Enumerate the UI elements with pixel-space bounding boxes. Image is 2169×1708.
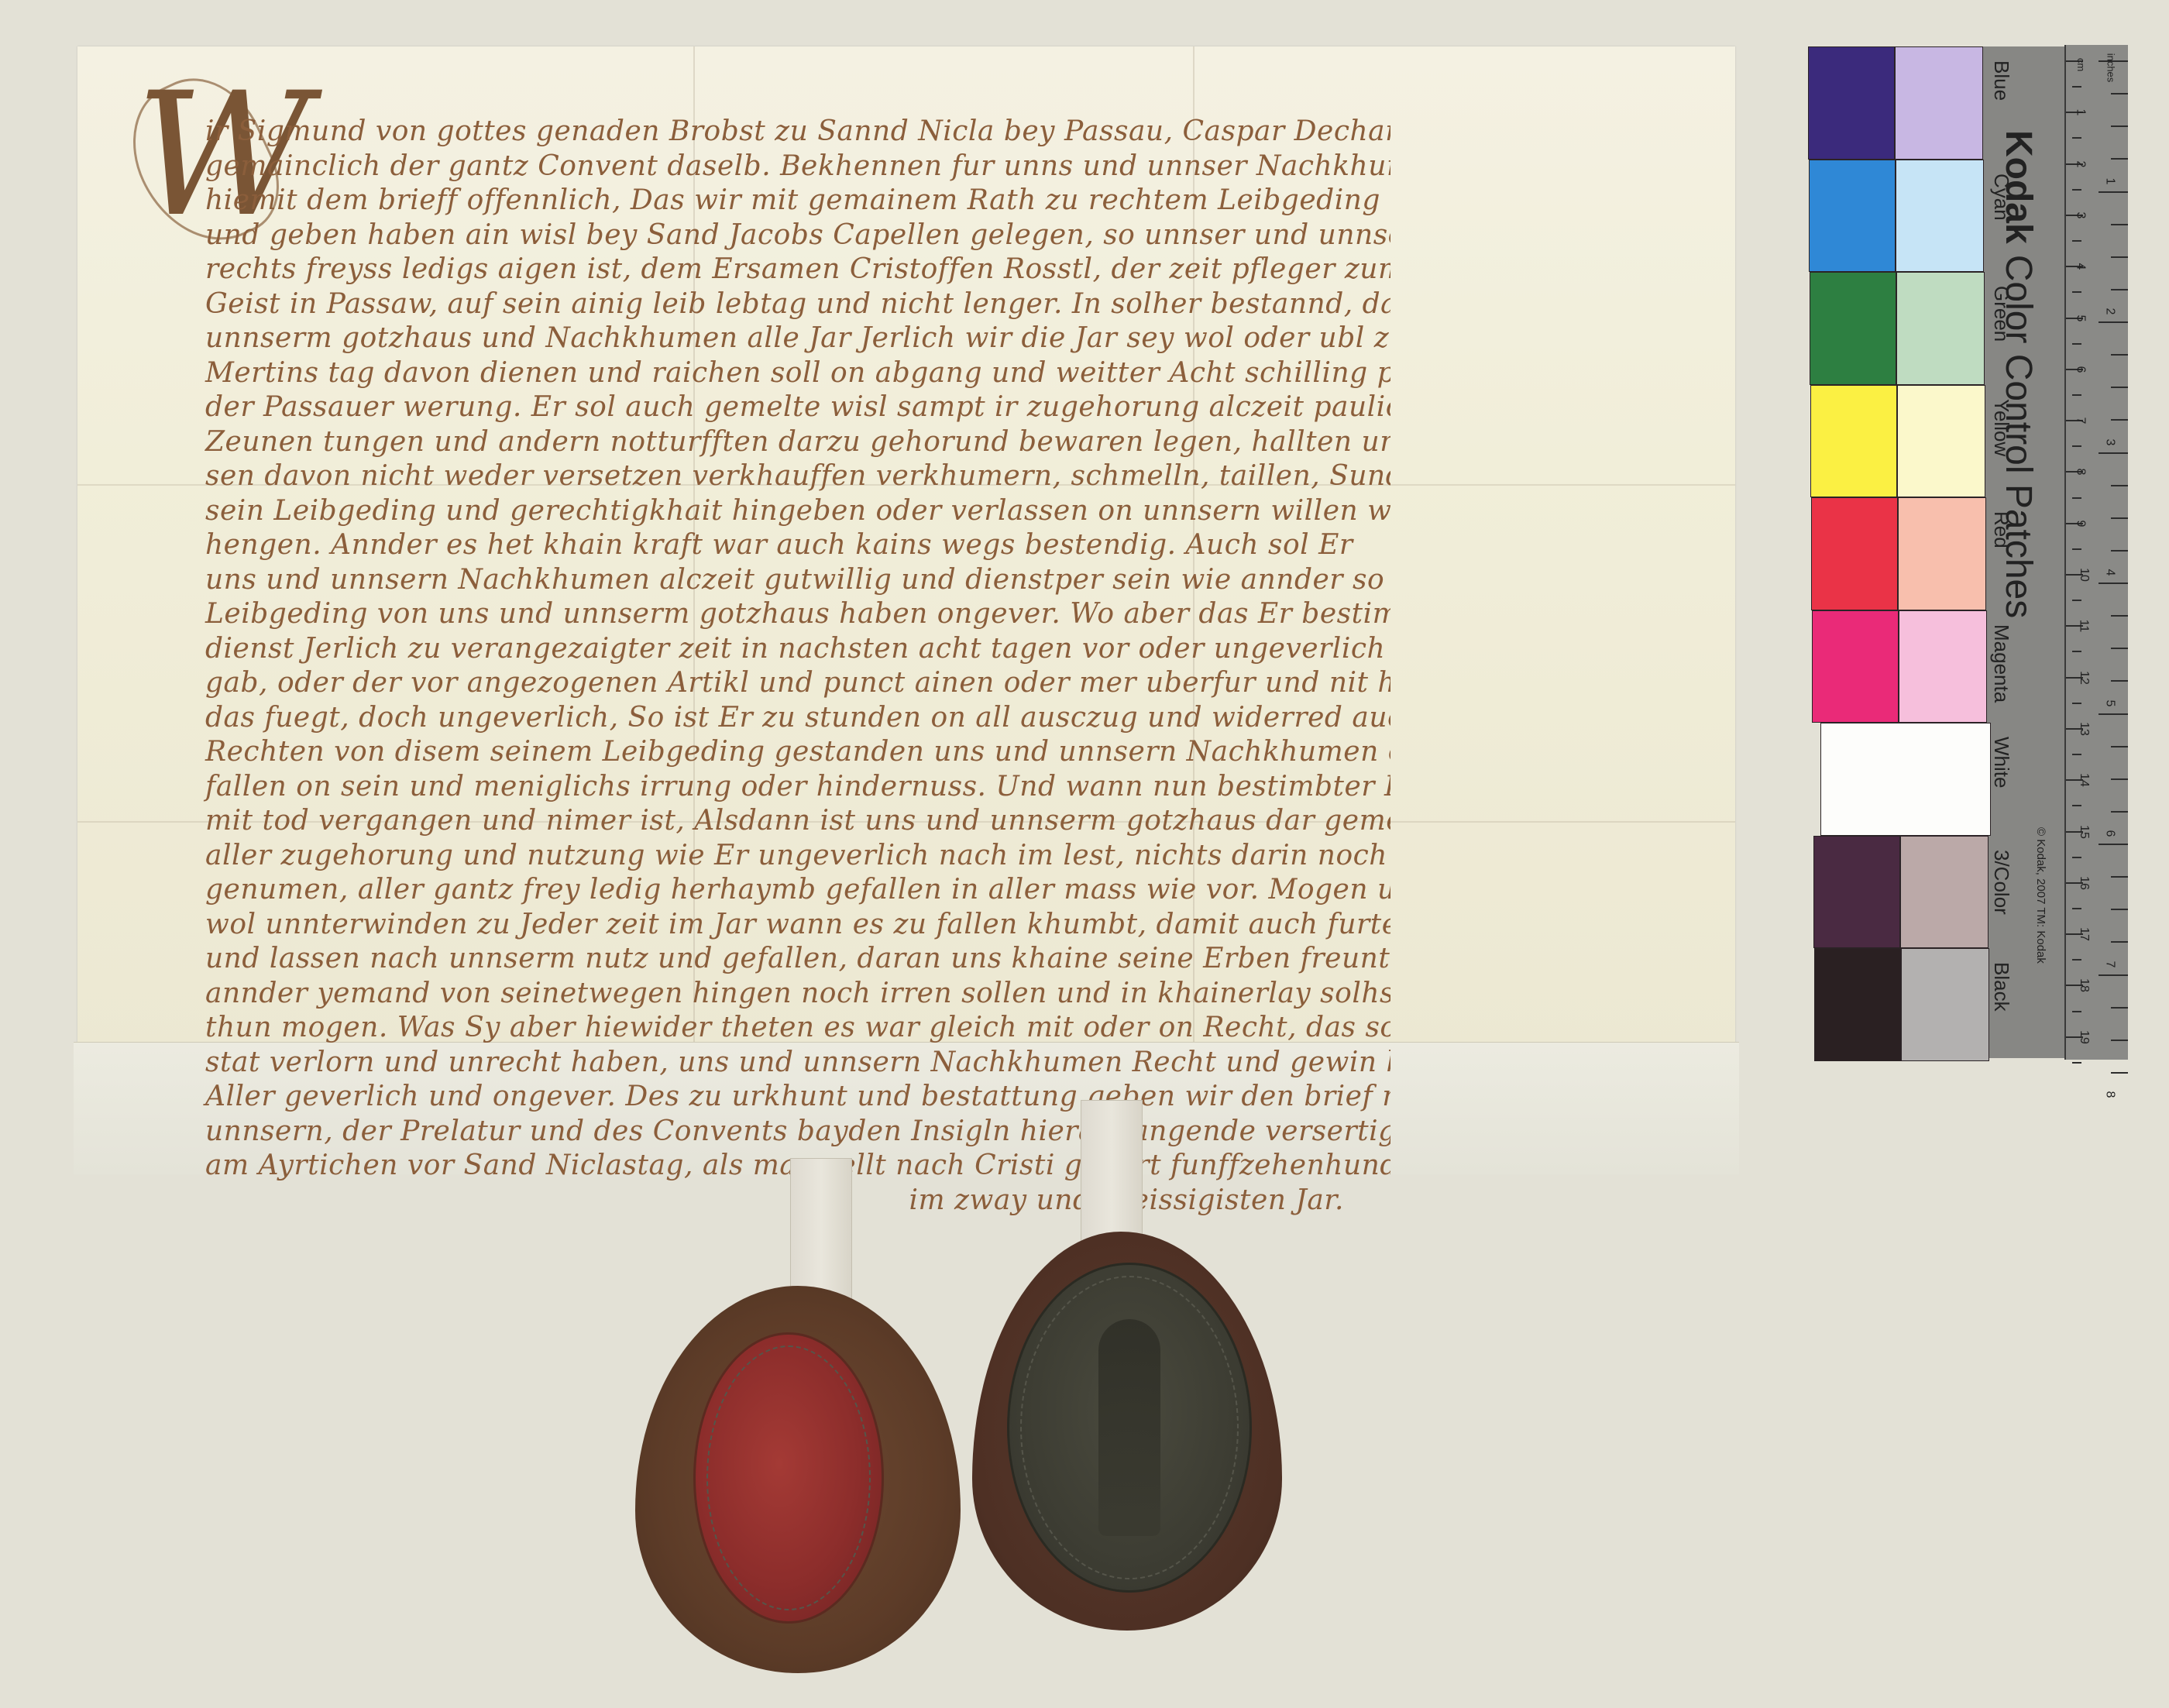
charter-line: hiemit dem brieff offennlich, Das wir mi…	[205, 184, 1390, 218]
ruler-tick	[2072, 240, 2081, 242]
charter-line: hengen. Annder es het khain kraft war au…	[174, 528, 1390, 563]
patch-label: Cyan	[1989, 174, 2013, 221]
charter-line: Mertins tag davon dienen und raichen sol…	[174, 356, 1390, 391]
ruler-tick	[2072, 1062, 2081, 1064]
charter-line: am Ayrtichen vor Sand Niclastag, als man…	[174, 1149, 1390, 1184]
ruler-tick	[2072, 548, 2081, 550]
charter-line: gemainclich der gantz Convent daselb. Be…	[205, 149, 1390, 184]
ruler-tick	[2111, 876, 2128, 878]
ruler-tick	[2111, 93, 2128, 95]
left-seal	[635, 1286, 961, 1673]
ruler-tick	[2072, 703, 2081, 704]
charter-line: gab, oder der vor angezogenen Artikl und…	[174, 666, 1390, 701]
charter-line: stat verlorn und unrecht haben, uns und …	[174, 1046, 1390, 1081]
cm-tick-label: 11	[2076, 620, 2090, 633]
inch-tick-label: 2	[2102, 308, 2116, 315]
cm-unit-label: cm	[2075, 58, 2087, 71]
ruler-tick	[2111, 387, 2128, 388]
charter-line: Leibgeding von uns und unnserm gotzhaus …	[174, 597, 1390, 632]
charter-line: sen davon nicht weder versetzen verkhauf…	[174, 459, 1390, 494]
charter-line: aller zugehorung und nutzung wie Er unge…	[174, 839, 1390, 874]
charter-line: und geben haben ain wisl bey Sand Jacobs…	[174, 218, 1390, 253]
charter-line: genumen, aller gantz frey ledig herhaymb…	[174, 873, 1390, 908]
patch-green-dark	[1810, 272, 1896, 385]
cm-tick-label: 1	[2073, 109, 2087, 116]
inch-tick-label: 8	[2102, 1091, 2116, 1098]
cm-tick-label: 14	[2077, 773, 2091, 787]
cm-tick-label: 12	[2077, 671, 2091, 685]
cm-tick-label: 3	[2073, 211, 2087, 218]
inch-tick-label: 5	[2102, 699, 2116, 706]
seal-tag-left	[790, 1158, 852, 1299]
cm-tick-label: 6	[2073, 366, 2087, 373]
ruler-tick	[2099, 844, 2128, 845]
ruler-tick	[2111, 615, 2128, 617]
patch-3-color-light	[1900, 836, 1989, 949]
cm-tick-label: 8	[2073, 469, 2087, 476]
ruler-tick	[2111, 680, 2128, 682]
patch-label: Green	[1989, 286, 2013, 342]
kodak-copyright: © Kodak, 2007 TM: Kodak	[2034, 827, 2047, 964]
patch-label: Blue	[1989, 60, 2013, 101]
cm-tick-label: 5	[2073, 314, 2087, 321]
patch-red-dark	[1811, 497, 1898, 610]
inch-tick-label: 4	[2102, 569, 2116, 576]
patch-label: Black	[1989, 962, 2013, 1012]
patch-blue-dark	[1808, 46, 1895, 160]
charter-line: das fuegt, doch ungeverlich, So ist Er z…	[174, 701, 1390, 736]
ruler-tick	[2072, 805, 2081, 806]
ruler-tick	[2099, 583, 2128, 584]
ruler-tick	[2111, 1040, 2128, 1041]
cm-tick-label: 18	[2077, 978, 2091, 992]
patch-label: Yellow	[1989, 399, 2013, 456]
ruler-tick	[2111, 778, 2128, 780]
ruler-tick	[2111, 158, 2128, 160]
inch-tick-label: 3	[2102, 438, 2116, 445]
ruler-tick	[2111, 648, 2128, 649]
cm-tick-label: 7	[2073, 418, 2087, 424]
patch-label: Red	[1989, 511, 2013, 548]
charter-line: Rechten von disem seinem Leibgeding gest…	[174, 735, 1390, 770]
charter-line: Geist in Passaw, auf sein ainig leib leb…	[174, 287, 1390, 322]
patch-black-dark	[1814, 948, 1901, 1061]
charter-line: Aller geverlich und ongever. Des zu urkh…	[174, 1080, 1390, 1115]
charter-line: im zway und dreissigisten Jar.	[174, 1184, 1390, 1218]
ruler-tick	[2111, 485, 2128, 486]
charter-line: uns und unnsern Nachkhumen alczeit gutwi…	[174, 563, 1390, 598]
ruler-tick	[2072, 1011, 2081, 1012]
patch-green-light	[1896, 272, 1985, 385]
charter-line: mit tod vergangen und nimer ist, Alsdann…	[174, 804, 1390, 839]
ruler-tick	[2111, 256, 2128, 258]
charter-line: unnserm gotzhaus und Nachkhumen alle Jar…	[174, 321, 1390, 356]
ruler: 1234567891011121314151617181912345678	[2064, 45, 2128, 1060]
charter-line: der Passauer werung. Er sol auch gemelte…	[174, 390, 1390, 425]
ruler-tick	[2099, 452, 2128, 454]
inches-unit-label: inches	[2105, 53, 2116, 83]
cm-tick-label: 2	[2073, 160, 2087, 167]
ruler-tick	[2111, 811, 2128, 813]
ruler-tick	[2072, 754, 2081, 755]
ruler-tick	[2072, 908, 2081, 909]
inch-tick-label: 6	[2102, 830, 2116, 837]
charter-line: wol unnterwinden zu Jeder zeit im Jar wa…	[174, 908, 1390, 943]
patch-yellow-light	[1897, 385, 1985, 498]
ruler-tick	[2072, 343, 2081, 345]
charter-line: thun mogen. Was Sy aber hiewider theten …	[174, 1011, 1390, 1046]
ruler-tick	[2111, 125, 2128, 127]
charter-line: Zeunen tungen und andern notturfften dar…	[174, 425, 1390, 460]
ruler-tick	[2072, 959, 2081, 961]
ruler-tick	[2111, 289, 2128, 290]
patch-label: Magenta	[1989, 624, 2013, 703]
charter-line: ir Sigmund von gottes genaden Brobst zu …	[205, 115, 1390, 149]
ruler-tick	[2111, 746, 2128, 747]
charter-line: sein Leibgeding und gerechtigkhait hinge…	[174, 494, 1390, 529]
right-seal-impression	[1007, 1263, 1252, 1593]
seal-legend-ring	[706, 1345, 871, 1610]
ruler-tick	[2111, 224, 2128, 225]
seal-tag-right	[1081, 1100, 1143, 1249]
charter-line: dienst Jerlich zu verangezaigter zeit in…	[174, 632, 1390, 667]
patch-label: White	[1989, 737, 2013, 788]
patch-red-light	[1898, 497, 1986, 610]
cm-tick-label: 10	[2077, 568, 2091, 582]
ruler-tick	[2099, 713, 2128, 715]
kodak-color-control-strip: 1234567891011121314151617181912345678 Ko…	[1805, 45, 2129, 1060]
charter-text: ir Sigmund von gottes genaden Brobst zu …	[205, 115, 1390, 1218]
cm-tick-label: 17	[2077, 927, 2091, 941]
charter-line: unnsern, der Prelatur und des Convents b…	[174, 1115, 1390, 1150]
patch-cyan-dark	[1809, 160, 1896, 273]
patch-blue-light	[1895, 46, 1983, 160]
patch-3-color-dark	[1813, 836, 1900, 949]
charter-line: annder yemand von seinetwegen hingen noc…	[174, 977, 1390, 1012]
right-seal	[972, 1232, 1282, 1631]
ruler-tick	[2111, 550, 2128, 552]
ruler-tick	[2111, 909, 2128, 910]
ruler-tick	[2099, 974, 2128, 976]
cm-tick-label: 13	[2077, 722, 2091, 736]
patch-yellow-dark	[1810, 385, 1897, 498]
cm-tick-label: 19	[2077, 1030, 2091, 1044]
patch-magenta-light	[1899, 610, 1987, 723]
patch-white	[1820, 723, 1991, 836]
left-seal-impression	[693, 1332, 884, 1624]
ruler-tick	[2099, 191, 2128, 193]
ruler-tick	[2072, 445, 2081, 447]
cm-tick-label: 16	[2077, 876, 2091, 890]
patch-label: 3/Color	[1989, 850, 2013, 915]
ruler-tick	[2099, 321, 2128, 323]
ruler-tick	[2072, 394, 2081, 396]
cm-tick-label: 15	[2077, 825, 2091, 839]
ruler-tick	[2111, 354, 2128, 356]
cm-tick-label: 9	[2073, 520, 2087, 527]
ruler-tick	[2072, 291, 2081, 293]
bishop-figure	[1098, 1319, 1160, 1536]
charter-line: rechts freyss ledigs aigen ist, dem Ersa…	[174, 253, 1390, 287]
patch-cyan-light	[1896, 160, 1984, 273]
cm-tick-label: 4	[2073, 263, 2087, 270]
charter-line: und lassen nach unnserm nutz und gefalle…	[174, 942, 1390, 977]
ruler-tick	[2111, 1007, 2128, 1009]
ruler-tick	[2111, 517, 2128, 519]
inch-tick-label: 7	[2102, 961, 2116, 967]
patch-black-light	[1901, 948, 1989, 1061]
ruler-tick	[2072, 137, 2081, 139]
ruler-tick	[2072, 189, 2081, 191]
charter-line: fallen on sein und meniglichs irrung ode…	[174, 770, 1390, 805]
ruler-tick	[2072, 600, 2081, 601]
ruler-tick	[2072, 497, 2081, 499]
ruler-tick	[2111, 419, 2128, 421]
inch-tick-label: 1	[2102, 177, 2116, 184]
ruler-tick	[2072, 86, 2081, 88]
ruler-tick	[2072, 651, 2081, 652]
ruler-tick	[2111, 1072, 2128, 1074]
patch-magenta-dark	[1812, 610, 1899, 723]
ruler-tick	[2111, 941, 2128, 943]
ruler-tick	[2072, 857, 2081, 858]
